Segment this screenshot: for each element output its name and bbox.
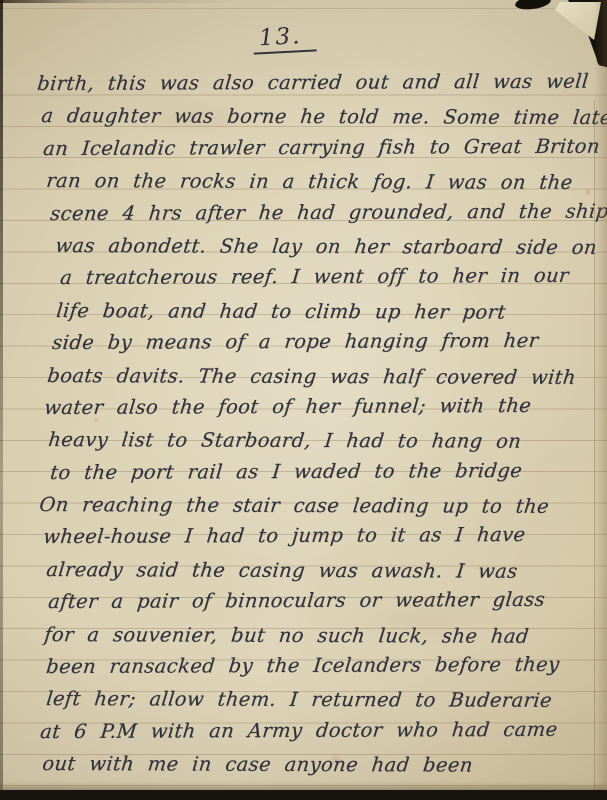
- handwritten-line: to the port rail as I waded to the bridg…: [49, 450, 591, 485]
- scan-edge-right: [594, 0, 607, 800]
- handwritten-line: left her; allow them. I returned to Bude…: [45, 679, 590, 713]
- handwritten-line: water also the foot of her funnel; with …: [43, 386, 591, 421]
- handwritten-line: at 6 P.M with an Army doctor who had cam…: [39, 709, 591, 744]
- handwritten-line: life boat, and had to climb up her port: [55, 291, 590, 325]
- handwritten-line: wheel-house I had to jump to it as I hav…: [42, 515, 591, 550]
- scan-edge-left: [0, 0, 3, 800]
- handwritten-line: already said the casing was awash. I was: [45, 550, 590, 584]
- handwritten-line: after a pair of binnoculars or weather g…: [47, 580, 591, 615]
- scanned-diary-page: 13. birth, this was also carried out and…: [0, 0, 607, 800]
- handwritten-line: ran on the rocks in a thick fog. I was o…: [45, 161, 590, 195]
- handwritten-line: an Icelandic trawler carrying fish to Gr…: [42, 126, 591, 161]
- handwritten-line: for a souvenier, but no such luck, she h…: [43, 615, 590, 649]
- handwritten-line: a treatcherous reef. I went off to her i…: [59, 256, 591, 291]
- handwritten-line: heavy list to Starboard, I had to hang o…: [47, 420, 590, 454]
- handwritten-text-block: birth, this was also carried out and all…: [34, 64, 587, 777]
- handwritten-line: out with me in case anyone had been: [41, 744, 590, 778]
- handwritten-line: side by means of a rope hanging from her: [51, 321, 591, 356]
- handwritten-line: boats davits. The casing was half covere…: [46, 356, 590, 390]
- scan-edge-top: [0, 0, 607, 3]
- page-number: 13.: [252, 22, 316, 54]
- handwritten-line: birth, this was also carried out and all…: [36, 62, 591, 97]
- scan-edge-bottom: [0, 790, 607, 800]
- handwritten-line: a daughter was borne he told me. Some ti…: [40, 96, 590, 130]
- handwritten-line: scene 4 hrs after he had grounded, and t…: [49, 191, 591, 226]
- handwritten-line: been ransacked by the Icelanders before …: [45, 645, 591, 680]
